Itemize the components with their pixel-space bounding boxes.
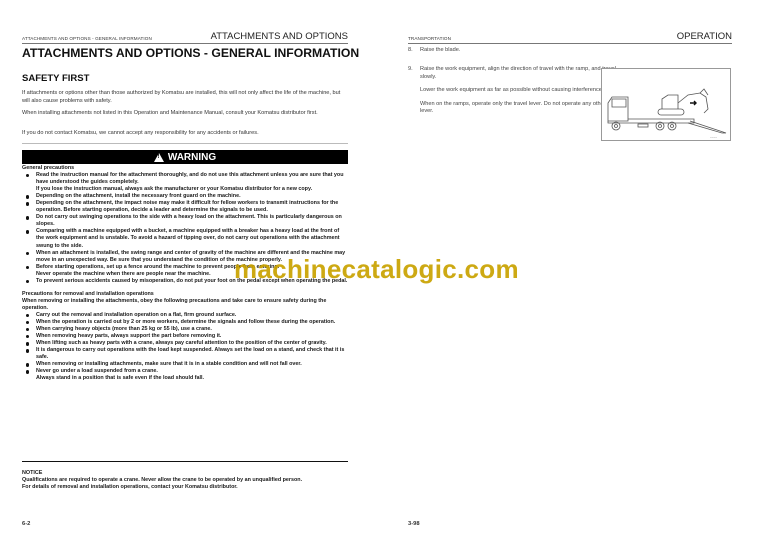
notice-block: NOTICE Qualifications are required to op…: [22, 470, 348, 491]
left-running-header: ATTACHMENTS AND OPTIONS - GENERAL INFORM…: [22, 27, 348, 44]
step-text: Raise the work equipment, align the dire…: [420, 66, 620, 81]
step-text: Raise the blade.: [420, 47, 460, 54]
page-title: ATTACHMENTS AND OPTIONS - GENERAL INFORM…: [22, 46, 359, 60]
warning-triangle-icon: [154, 153, 164, 162]
notice-line-1: Qualifications are required to operate a…: [22, 477, 348, 484]
step-text: When on the ramps, operate only the trav…: [420, 101, 620, 116]
watermark: machinecatalogic.com: [234, 254, 519, 285]
section-heading: SAFETY FIRST: [22, 73, 89, 84]
divider: [22, 143, 348, 144]
removal-intro: When removing or installing the attachme…: [22, 298, 348, 312]
right-header-chapter: OPERATION: [677, 31, 732, 42]
general-precaution-item: Comparing with a machine equipped with a…: [22, 228, 348, 249]
procedure-steps: 8.Raise the blade.9.Raise the work equip…: [408, 47, 620, 127]
svg-text:~~~~: ~~~~: [710, 135, 717, 139]
removal-precaution-item: When carrying heavy objects (more than 2…: [22, 326, 348, 333]
general-precaution-item: Read the instruction manual for the atta…: [22, 172, 348, 193]
general-precautions-heading: General precautions: [22, 165, 348, 172]
truck-excavator-icon: ~~~~: [602, 69, 730, 140]
notice-line-2: For details of removal and installation …: [22, 484, 348, 491]
left-header-section: ATTACHMENTS AND OPTIONS - GENERAL INFORM…: [22, 36, 152, 41]
left-header-chapter: ATTACHMENTS AND OPTIONS: [211, 31, 348, 42]
removal-precaution-item: It is dangerous to carry out operations …: [22, 347, 348, 361]
removal-precaution-item: When removing heavy parts, always suppor…: [22, 333, 348, 340]
general-precaution-item: Depending on the attachment, the impact …: [22, 200, 348, 214]
removal-precautions-heading: Precautions for removal and installation…: [22, 291, 348, 298]
warning-end-rule: [22, 461, 348, 462]
removal-precaution-item: When the operation is carried out by 2 o…: [22, 319, 348, 326]
step-number: 8.: [408, 47, 420, 60]
warning-label: WARNING: [168, 152, 216, 163]
removal-precaution-item: When removing or installing attachments,…: [22, 361, 348, 368]
left-page-number: 6-2: [22, 521, 30, 527]
excavator-loading-illustration: ~~~~: [601, 68, 731, 141]
general-precaution-item: Do not carry out swinging operations to …: [22, 214, 348, 228]
procedure-step: 9.Raise the work equipment, align the di…: [408, 66, 620, 121]
notice-heading: NOTICE: [22, 470, 348, 477]
procedure-step: 8.Raise the blade.: [408, 47, 620, 60]
removal-precaution-item: Carry out the removal and installation o…: [22, 312, 348, 319]
removal-precautions-list: Carry out the removal and installation o…: [22, 312, 348, 382]
intro-paragraph-1: If attachments or options other than tho…: [22, 90, 348, 105]
removal-precaution-item: When lifting such as heavy parts with a …: [22, 340, 348, 347]
step-text: Lower the work equipment as far as possi…: [420, 87, 620, 94]
removal-precaution-item: Never go under a load suspended from a c…: [22, 368, 348, 382]
right-header-section: TRANSPORTATION: [408, 36, 451, 41]
warning-banner: WARNING: [22, 150, 348, 164]
intro-paragraph-3: If you do not contact Komatsu, we cannot…: [22, 130, 348, 138]
general-precaution-item: Depending on the attachment, install the…: [22, 193, 348, 200]
intro-paragraph-2: When installing attachments not listed i…: [22, 110, 348, 118]
right-page-number: 3-98: [408, 521, 420, 527]
step-number: 9.: [408, 66, 420, 121]
right-running-header: TRANSPORTATION OPERATION: [408, 27, 732, 44]
